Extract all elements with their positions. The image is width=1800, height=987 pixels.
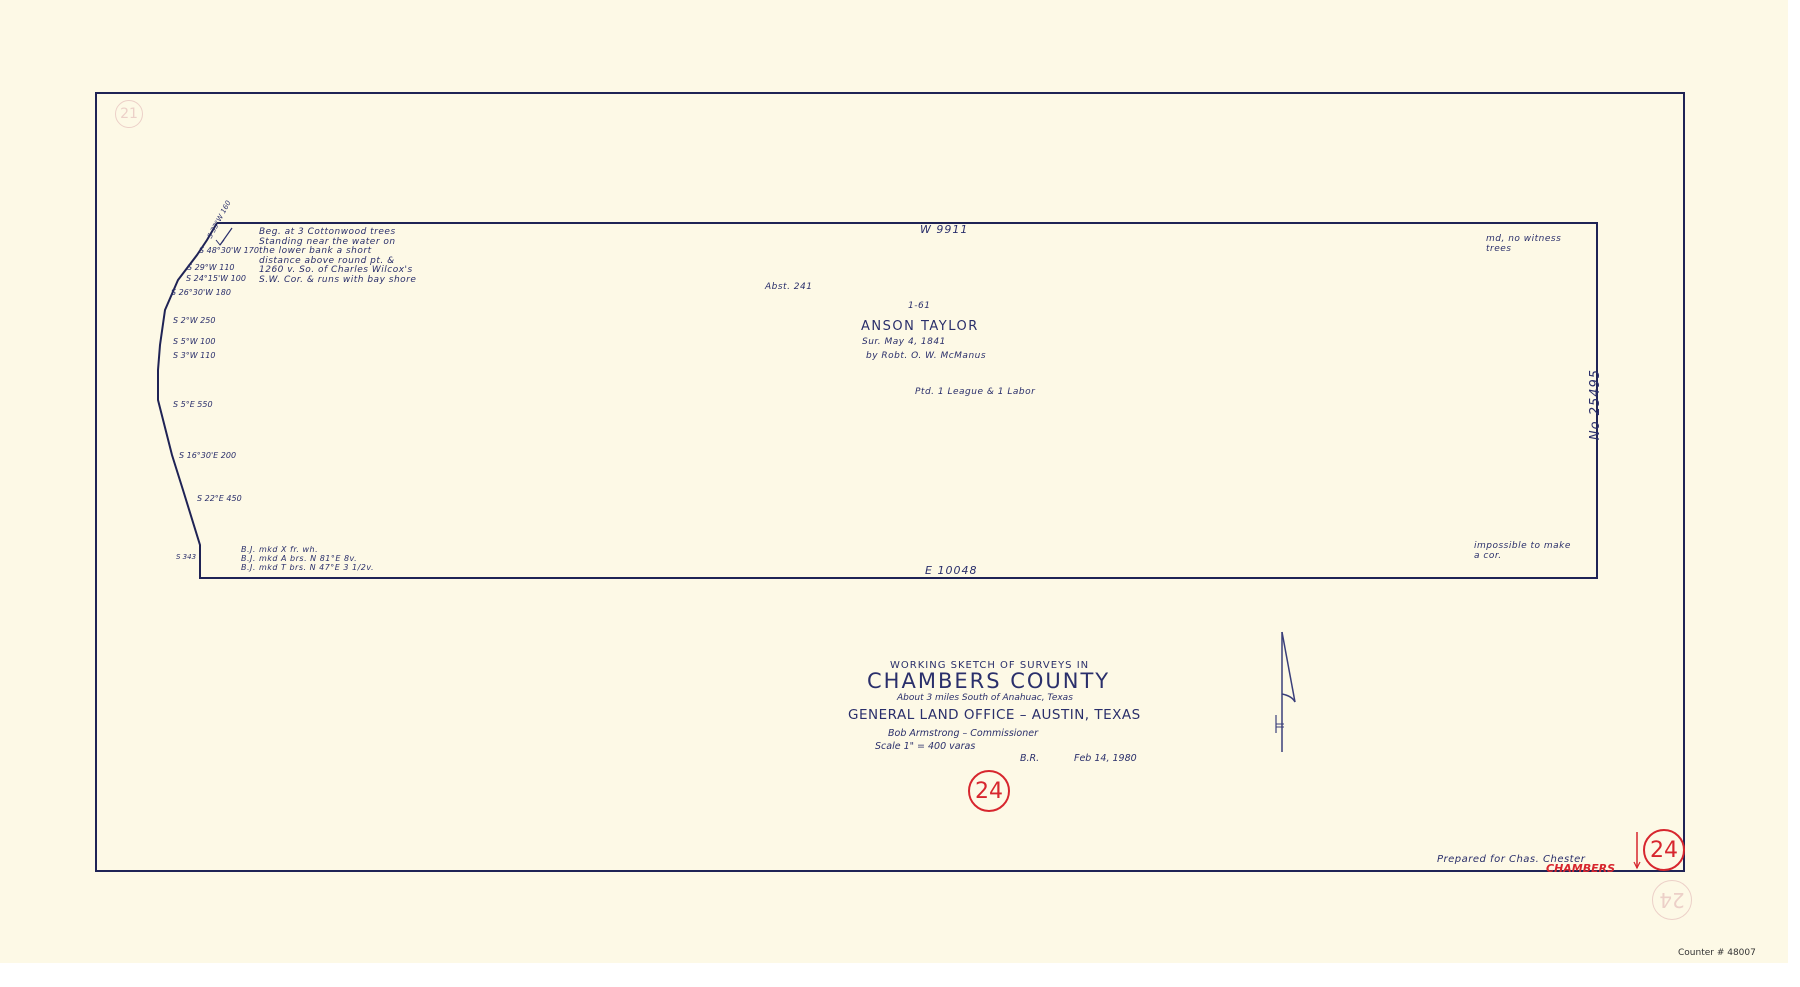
county-stamp: CHAMBERS [1546, 862, 1615, 875]
shore-call: S 24°15'W 100 [186, 274, 246, 283]
scale-note: Scale 1" = 400 varas [875, 741, 1205, 752]
survey-number-label: No 25495 [1588, 369, 1603, 440]
drafter-initials: B.R. [1020, 753, 1039, 764]
ne-corner-note: md, no witness trees [1486, 234, 1561, 254]
shore-call: S 343 [176, 553, 196, 561]
corner-number-circle: 24 [1643, 829, 1685, 871]
sketch-number-circle: 24 [968, 770, 1010, 812]
shore-call: S 26°30'W 180 [171, 288, 231, 297]
north-line-call: W 9911 [920, 223, 968, 236]
shore-call: S 5°E 550 [173, 400, 213, 409]
grantee-name: ANSON TAYLOR [861, 319, 979, 334]
title-block: WORKING SKETCH OF SURVEYS IN CHAMBERS CO… [840, 660, 1170, 752]
shore-call: S 5°W 100 [173, 337, 215, 346]
file-reference: 1-61 [908, 301, 930, 311]
se-corner-note: impossible to make a cor. [1474, 541, 1571, 561]
shore-call: S 3°W 110 [173, 351, 215, 360]
faint-circled-number: 21 [115, 100, 143, 128]
beginning-point-note: Beg. at 3 Cottonwood trees Standing near… [259, 228, 416, 285]
survey-date: Sur. May 4, 1841 [862, 337, 946, 347]
patent-note: Ptd. 1 League & 1 Labor [915, 387, 1035, 397]
corner-bearing-marks: B.J. mkd X fr. wh. B.J. mkd A brs. N 81°… [241, 545, 374, 572]
south-line-call: E 10048 [925, 564, 977, 577]
shore-call: S 22°E 450 [197, 494, 242, 503]
county-title: CHAMBERS COUNTY [867, 669, 1197, 693]
shore-call: S 2°W 250 [173, 316, 215, 325]
surveyor-name: by Robt. O. W. McManus [866, 351, 986, 361]
shore-call: S 48°30'W 170 [199, 246, 259, 255]
shore-call: S 16°30'E 200 [179, 451, 236, 460]
faint-circled-number-rotated: 24 [1652, 880, 1692, 920]
commissioner: Bob Armstrong – Commissioner [888, 728, 1218, 739]
location-note: About 3 miles South of Anahuac, Texas [897, 693, 1227, 703]
shore-call: S 29°W 110 [187, 263, 235, 272]
counter-number: Counter # 48007 [1678, 948, 1756, 958]
office-name: GENERAL LAND OFFICE – AUSTIN, TEXAS [848, 707, 1178, 723]
north-arrow-icon [1276, 632, 1295, 752]
survey-tract-outline [0, 0, 1800, 987]
sheet-date: Feb 14, 1980 [1074, 753, 1137, 764]
abstract-number: Abst. 241 [765, 282, 813, 292]
